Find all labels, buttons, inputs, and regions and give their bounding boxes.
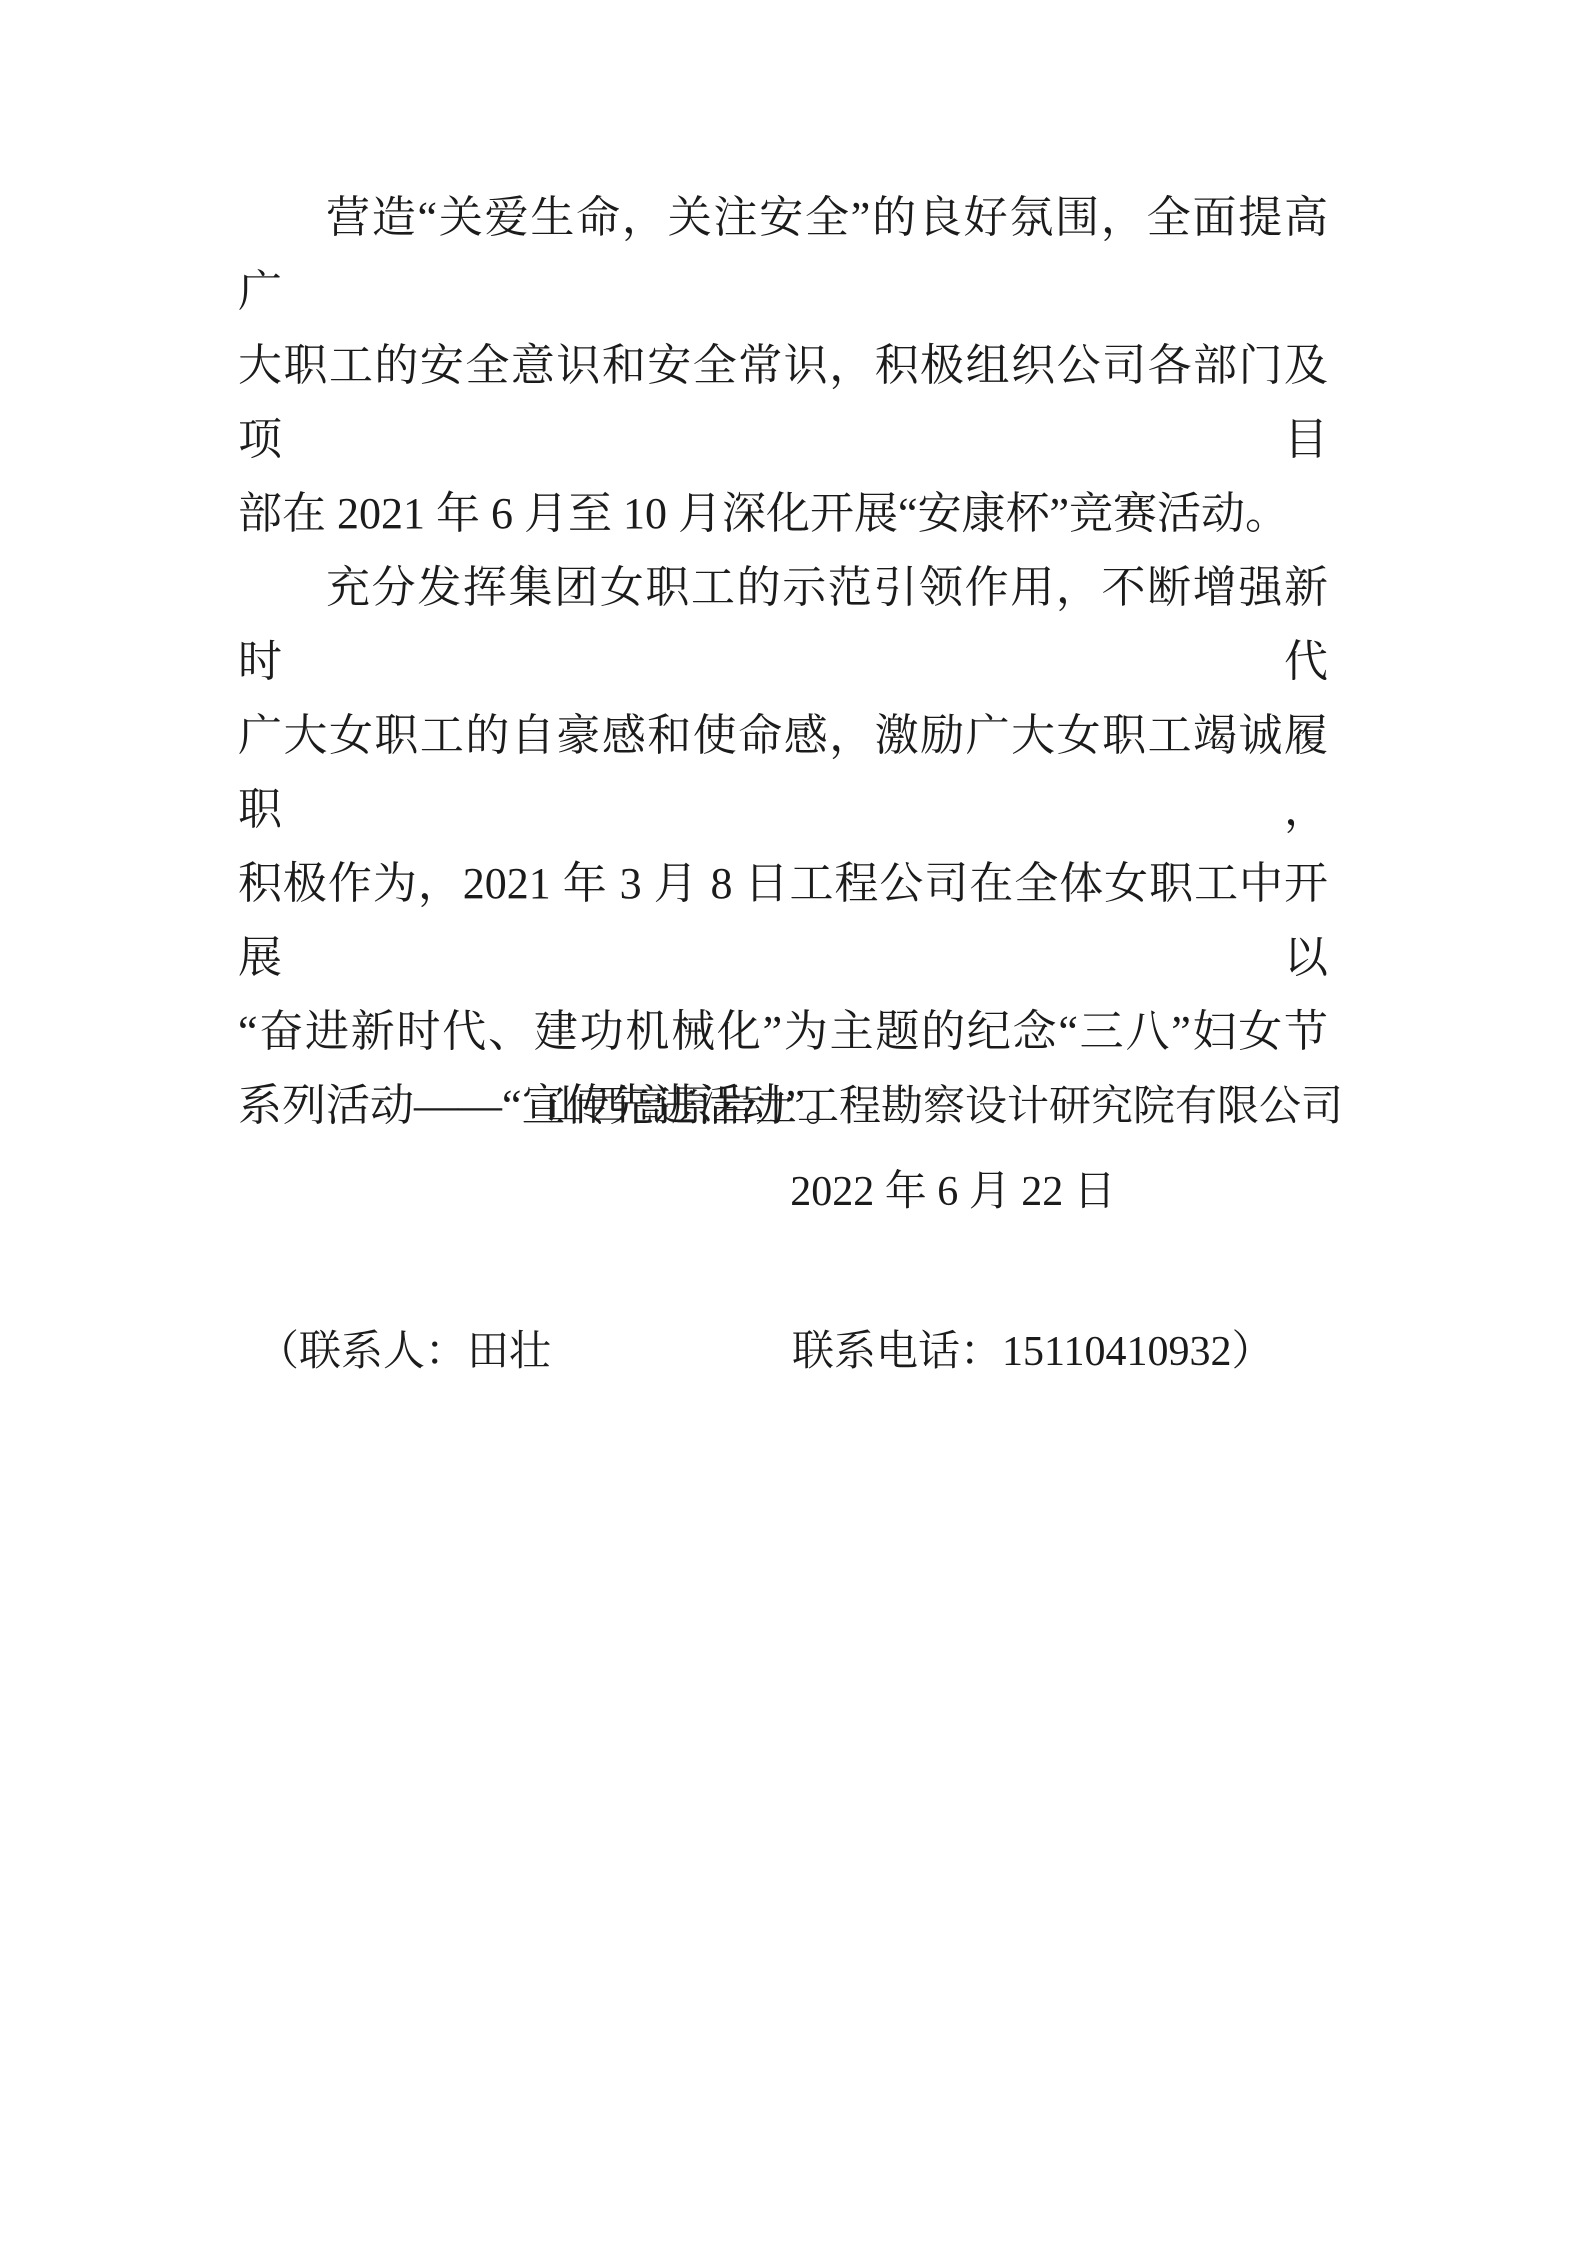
body-line: 充分发挥集团女职工的示范引领作用，不断增强新时代 bbox=[238, 551, 1328, 699]
contact-person: （联系人：田壮 bbox=[257, 1315, 551, 1389]
signature-company: 山西高原岩土工程勘察设计研究院有限公司 bbox=[545, 1070, 1343, 1144]
document-page: 营造“关爱生命，关注安全”的良好氛围，全面提高广 大职工的安全意识和安全常识，积… bbox=[0, 0, 1587, 2245]
body-line: 广大女职工的自豪感和使命感，激励广大女职工竭诚履职， bbox=[238, 699, 1328, 847]
body-line: 积极作为，2021 年 3 月 8 日工程公司在全体女职工中开展以 bbox=[238, 847, 1328, 995]
body-line: 营造“关爱生命，关注安全”的良好氛围，全面提高广 bbox=[238, 181, 1328, 329]
body-line: 部在 2021 年 6 月至 10 月深化开展“安康杯”竞赛活动。 bbox=[238, 477, 1328, 551]
body-line: “奋进新时代、建功机械化”为主题的纪念“三八”妇女节 bbox=[238, 995, 1328, 1069]
contact-line: （联系人：田壮 联系电话：15110410932） bbox=[0, 1315, 1587, 1389]
signature-date: 2022 年 6 月 22 日 bbox=[553, 1155, 1353, 1229]
body-line: 大职工的安全意识和安全常识，积极组织公司各部门及项目 bbox=[238, 329, 1328, 477]
body-paragraphs: 营造“关爱生命，关注安全”的良好氛围，全面提高广 大职工的安全意识和安全常识，积… bbox=[238, 181, 1328, 1143]
contact-phone: 联系电话：15110410932） bbox=[792, 1315, 1273, 1389]
